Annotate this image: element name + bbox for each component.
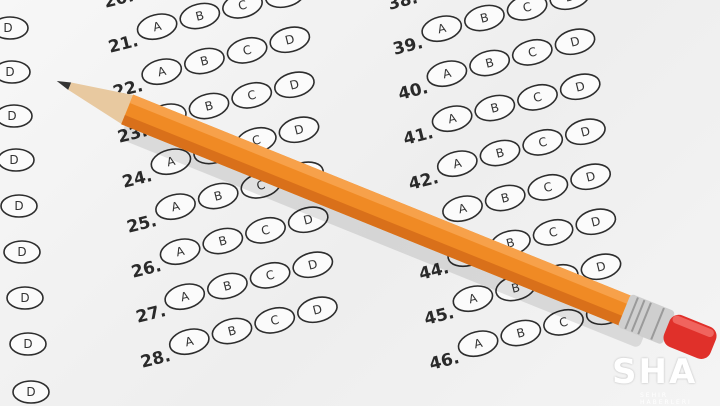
question-number: 46. <box>427 348 461 375</box>
question-number: 27. <box>134 301 168 328</box>
answer-sheet-photo: D D D D D D D D D 20.ABCD21.ABCD22.ABCD2… <box>0 0 720 406</box>
question-number: 25. <box>125 211 159 238</box>
svg-text:D: D <box>14 199 23 213</box>
svg-text:D: D <box>3 21 12 35</box>
svg-text:D: D <box>20 291 29 305</box>
question-number: 20. <box>102 0 136 13</box>
svg-text:D: D <box>23 337 32 351</box>
question-number: 24. <box>120 166 154 193</box>
question-number: 28. <box>139 346 173 373</box>
watermark-subtext: SEHIR HABERLERI <box>640 392 720 406</box>
left-edge-bubbles: D D D D D D D D D <box>0 17 49 403</box>
question-number: 26. <box>129 256 163 283</box>
question-number: 41. <box>401 123 435 150</box>
svg-text:D: D <box>7 109 16 123</box>
svg-text:D: D <box>26 385 35 399</box>
question-number: 40. <box>396 78 430 105</box>
question-number: 39. <box>391 33 425 60</box>
question-number: 42. <box>407 168 441 195</box>
answer-sheet: D D D D D D D D D 20.ABCD21.ABCD22.ABCD2… <box>0 0 720 406</box>
watermark-logo: SHA <box>612 352 697 392</box>
svg-text:D: D <box>17 245 26 259</box>
svg-text:D: D <box>5 65 14 79</box>
question-number: 45. <box>422 303 456 330</box>
svg-text:D: D <box>9 153 18 167</box>
question-number: 21. <box>106 31 140 58</box>
pencil-lead <box>55 77 71 90</box>
question-number: 38. <box>386 0 420 15</box>
